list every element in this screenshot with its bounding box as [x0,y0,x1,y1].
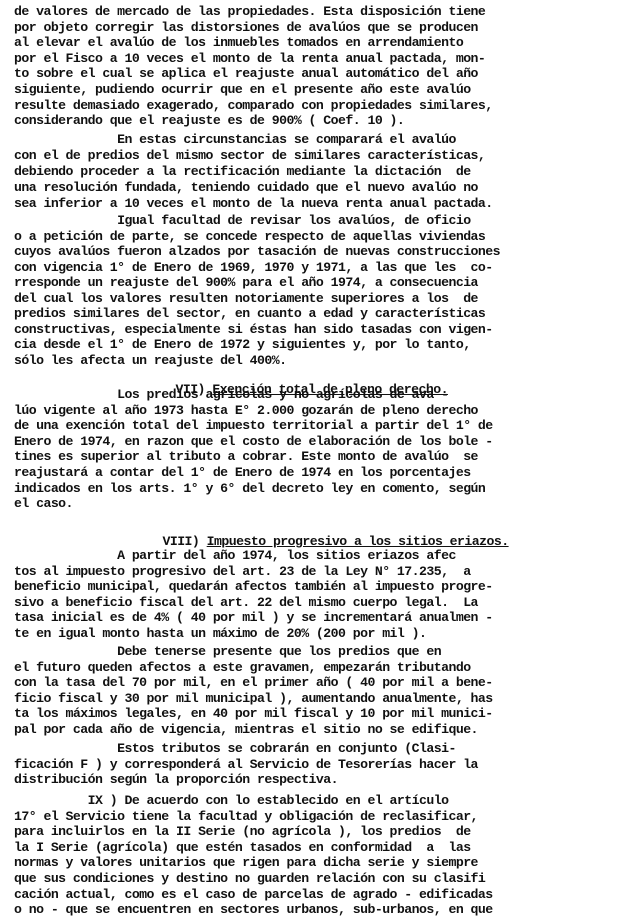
text-line: que sus condiciones y destino no guarden… [14,871,485,886]
text-line: con el de predios del mismo sector de si… [14,148,485,163]
text-line: distribución según la proporción respect… [14,772,338,787]
text-line: pal por cada año de vigencia, mientras e… [14,722,478,737]
text-line: por objeto corregir las distorsiones de … [14,20,478,35]
text-line: una resolución fundada, teniendo cuidado… [14,180,478,195]
text-line: lúo vigente al año 1973 hasta E° 2.000 g… [14,403,478,418]
text-line: siguiente, pudiendo ocurrir que en el pr… [14,82,471,97]
text-line: debiendo proceder a la rectificación med… [14,164,471,179]
text-line: tos al impuesto progresivo del art. 23 d… [14,564,471,579]
text-line: A partir del año 1974, los sitios eriazo… [14,548,456,563]
text-line: con vigencia 1° de Enero de 1969, 1970 y… [14,260,493,275]
text-line: sólo les afecta un reajuste del 400%. [14,353,286,368]
text-line: Igual facultad de revisar los avalúos, d… [14,213,471,228]
text-line: Los predios agrícolas y no agrícolas de … [14,387,448,402]
text-line: el futuro queden afectos a este gravamen… [14,660,471,675]
text-line: ta los máximos legales, en 40 por mil fi… [14,706,493,721]
text-line: IX ) De acuerdo con lo establecido en el… [14,793,448,808]
text-line: la I Serie (agrícola) que estén tasados … [14,840,471,855]
text-line: Estos tributos se cobrarán en conjunto (… [14,741,456,756]
text-line: sea inferior a 10 veces el monto de la n… [14,196,493,211]
text-line: al elevar el avalúo de los inmuebles tom… [14,35,463,50]
text-line: predios similares del sector, en cuanto … [14,306,485,321]
text-line: ficación F ) y corresponderá al Servicio… [14,757,478,772]
text-line: indicados en los arts. 1° y 6° del decre… [14,481,485,496]
text-line: te en igual monto hasta un máximo de 20%… [14,626,426,641]
text-line: Debe tenerse presente que los predios qu… [14,644,441,659]
text-line: cación actual, como es el caso de parcel… [14,887,493,902]
text-line: ficio fiscal y 30 por mil municipal ), a… [14,691,493,706]
text-line: normas y valores unitarios que rigen par… [14,855,478,870]
text-line: En estas circunstancias se comparará el … [14,132,456,147]
text-line: to sobre el cual se aplica el reajuste a… [14,66,478,81]
text-line: con la tasa del 70 por mil, en el primer… [14,675,493,690]
text-line: del cual los valores resulten notoriamen… [14,291,478,306]
text-line: Enero de 1974, en razon que el costo de … [14,434,493,449]
section-title: Impuesto progresivo a los sitios eriazos… [207,534,509,549]
text-line: de valores de mercado de las propiedades… [14,4,485,19]
text-line: tines es superior al tributo a cobrar. E… [14,449,478,464]
text-line: el caso. [14,496,73,511]
text-line: reajustará a contar del 1° de Enero de 1… [14,465,471,480]
text-line: para incluirlos en la II Serie (no agríc… [14,824,471,839]
text-line: cia desde el 1° de Enero de 1972 y sigui… [14,337,471,352]
text-line: beneficio municipal, quedarán afectos ta… [14,579,493,594]
text-line: o no - que se encuentren en sectores urb… [14,902,493,917]
text-line: 17° el Servicio tiene la facultad y obli… [14,809,478,824]
section-number: VIII) [162,534,199,549]
text-line: rresponde un reajuste del 900% para el a… [14,275,478,290]
text-line: tasa inicial es de 4% ( 40 por mil ) y s… [14,610,493,625]
document-page: de valores de mercado de las propiedades… [0,0,630,924]
text-line: cuyos avalúos fueron alzados por tasació… [14,244,500,259]
text-line: de una exención total del impuesto terri… [14,418,493,433]
text-line: considerando que el reajuste es de 900% … [14,113,404,128]
text-line: constructivas, especialmente si éstas ha… [14,322,493,337]
text-line: o a petición de parte, se concede respec… [14,229,485,244]
text-line: sivo a beneficio fiscal del art. 22 del … [14,595,478,610]
text-line: resulte demasiado exagerado, comparado c… [14,98,493,113]
text-line: por el Fisco a 10 veces el monto de la r… [14,51,485,66]
